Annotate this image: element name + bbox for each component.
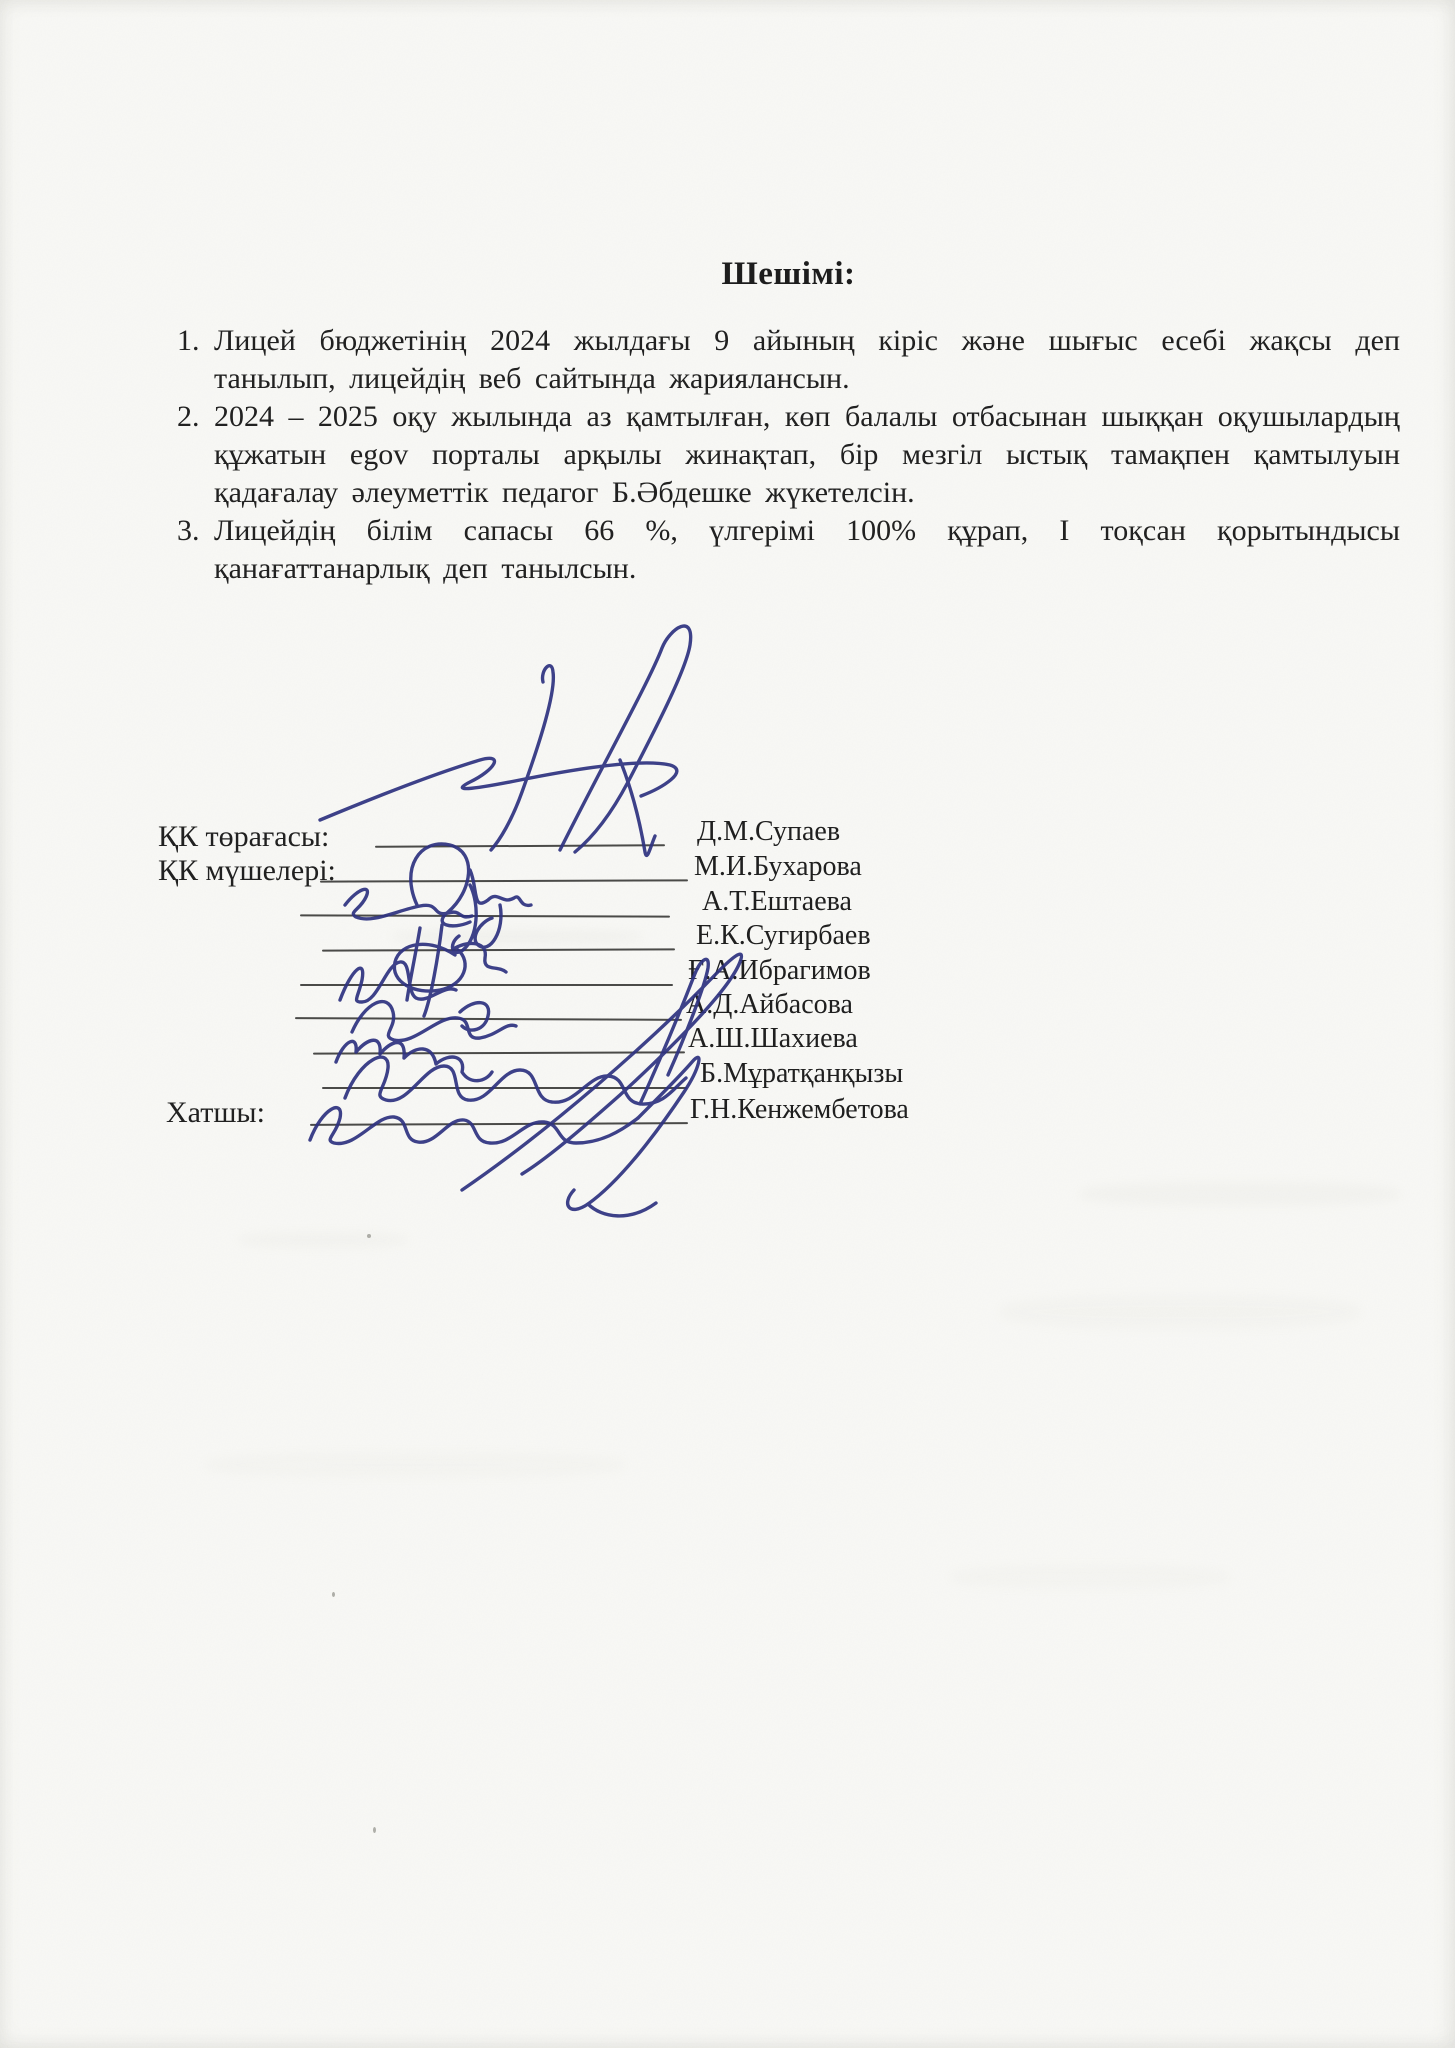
decision-item-number: 1. <box>177 322 200 360</box>
signatory-name: А.Д.Айбасова <box>686 989 853 1021</box>
paper-speck <box>367 1234 371 1238</box>
signature-line <box>295 1017 682 1021</box>
decision-item: 2. 2024 – 2025 оқу жылында аз қамтылған,… <box>177 398 1400 512</box>
decision-item: 1. Лицей бюджетінің 2024 жылдағы 9 айыны… <box>177 322 1400 398</box>
paper-speck <box>332 1592 335 1597</box>
paper-speck <box>373 1827 376 1833</box>
signatory-name: А.Т.Ештаева <box>702 886 852 918</box>
signatory-name: Г.Н.Кенжембетова <box>690 1094 909 1126</box>
bleed-through-text <box>238 1232 408 1248</box>
bleed-through-text <box>1080 1182 1400 1206</box>
signature-line <box>313 1051 685 1054</box>
members-label: ҚК мүшелері: <box>158 854 336 888</box>
signatory-name: Б.Мұратқанқызы <box>700 1058 903 1090</box>
bleed-through-text <box>1000 1295 1360 1329</box>
chairman-label: ҚК төрағасы: <box>158 820 329 854</box>
signatory-name: А.Ш.Шахиева <box>688 1023 858 1055</box>
signature-line <box>375 844 665 848</box>
decision-item-number: 3. <box>177 512 200 550</box>
decision-item-text: 2024 – 2025 оқу жылында аз қамтылған, кө… <box>214 400 1400 509</box>
document-title: Шешімі: <box>177 256 1400 293</box>
signatory-name: Ғ.А.Ибрагимов <box>688 955 871 987</box>
signature-line <box>322 948 675 951</box>
decision-item: 3. Лицейдің білім сапасы 66 %, үлгерімі … <box>177 512 1400 588</box>
signature-line <box>300 914 670 917</box>
signature-line <box>320 879 688 882</box>
signature-line <box>310 1122 688 1126</box>
signatory-name: Е.К.Сугирбаев <box>696 920 871 952</box>
decision-item-text: Лицей бюджетінің 2024 жылдағы 9 айының к… <box>214 324 1400 395</box>
signature-line <box>300 984 673 986</box>
signatory-name: М.И.Бухарова <box>694 851 862 883</box>
decision-item-number: 2. <box>177 398 200 436</box>
bleed-through-text <box>950 1565 1230 1589</box>
secretary-label: Хатшы: <box>166 1096 265 1130</box>
signature-line <box>322 1087 687 1089</box>
decision-item-text: Лицейдің білім сапасы 66 %, үлгерімі 100… <box>214 514 1400 585</box>
decision-list: 1. Лицей бюджетінің 2024 жылдағы 9 айыны… <box>177 322 1400 588</box>
scanned-document-page: Шешімі: 1. Лицей бюджетінің 2024 жылдағы… <box>0 0 1455 2048</box>
signatory-name: Д.М.Супаев <box>697 816 840 848</box>
bleed-through-text <box>392 930 642 943</box>
bleed-through-text <box>205 1452 625 1478</box>
